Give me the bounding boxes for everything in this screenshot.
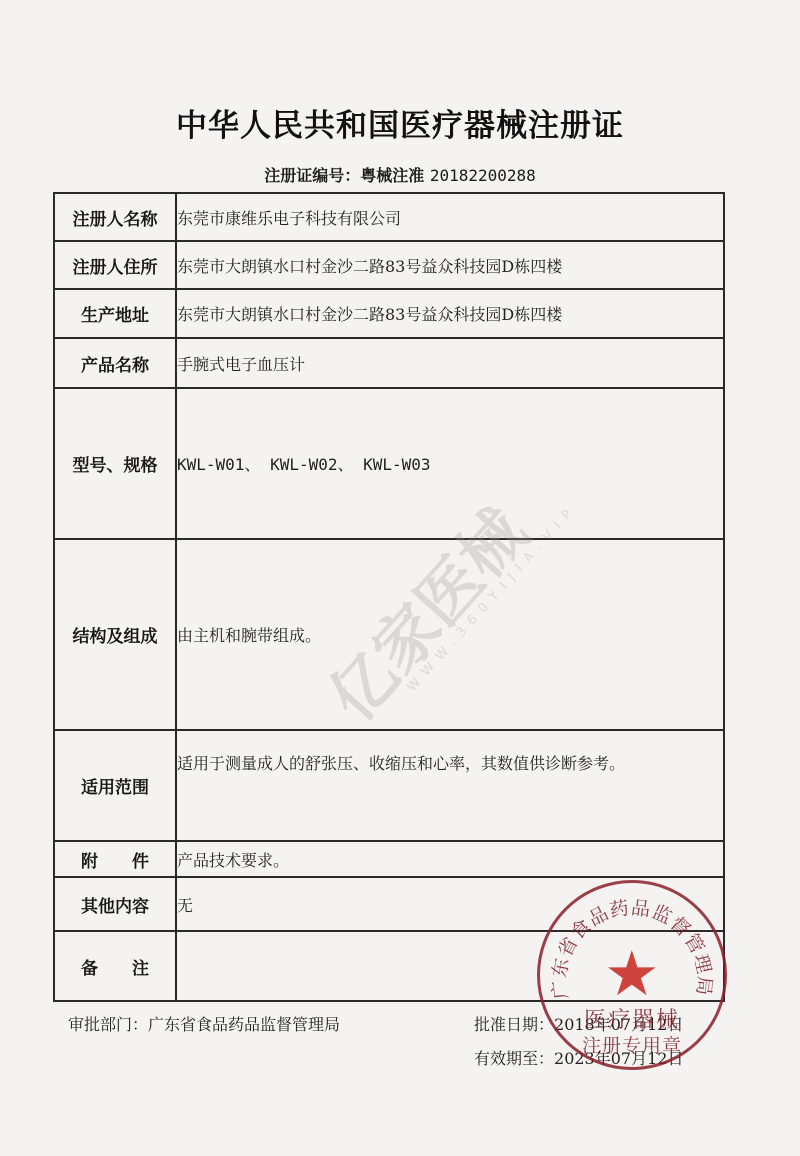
row-label: 型号、规格 [54, 388, 176, 539]
approval-dept-value: 广东省食品药品监督管理局 [148, 1015, 340, 1034]
registration-number-prefix: 粤械注准 [360, 166, 424, 185]
row-label: 备 注 [54, 931, 176, 1001]
row-value: 手腕式电子血压计 [176, 338, 724, 388]
row-label: 生产地址 [54, 289, 176, 338]
table-row-product-name: 产品名称 手腕式电子血压计 [54, 338, 724, 388]
row-label: 其他内容 [54, 877, 176, 931]
row-label: 结构及组成 [54, 539, 176, 730]
row-value: KWL-W01、 KWL-W02、 KWL-W03 [176, 388, 724, 539]
registration-number: 注册证编号：粤械注准 20182200288 [0, 163, 800, 186]
row-value: 适用于测量成人的舒张压、收缩压和心率，其数值供诊断参考。 [176, 730, 724, 841]
registration-number-label: 注册证编号： [264, 166, 360, 185]
row-value: 由主机和腕带组成。 [176, 539, 724, 730]
seal-line1: 医疗器械 [540, 1003, 724, 1034]
row-value: 产品技术要求。 [176, 841, 724, 877]
row-value: 东莞市康维乐电子科技有限公司 [176, 193, 724, 241]
approval-dept-label: 审批部门： [68, 1015, 148, 1034]
row-value: 东莞市大朗镇水口村金沙二路83号益众科技园D栋四楼 [176, 241, 724, 289]
certificate-title: 中华人民共和国医疗器械注册证 [0, 100, 800, 145]
table-row-model-spec: 型号、规格 KWL-W01、 KWL-W02、 KWL-W03 [54, 388, 724, 539]
row-label: 附 件 [54, 841, 176, 877]
row-label: 产品名称 [54, 338, 176, 388]
registration-number-value: 20182200288 [430, 166, 536, 185]
table-row-registrant-address: 注册人住所 东莞市大朗镇水口村金沙二路83号益众科技园D栋四楼 [54, 241, 724, 289]
row-label: 注册人名称 [54, 193, 176, 241]
official-seal: 广东省食品药品监督管理局 ★ 医疗器械 注册专用章 [537, 880, 727, 1070]
seal-line2: 注册专用章 [540, 1031, 724, 1058]
row-label: 适用范围 [54, 730, 176, 841]
table-row-attachments: 附 件 产品技术要求。 [54, 841, 724, 877]
star-icon: ★ [604, 943, 660, 1005]
row-value: 东莞市大朗镇水口村金沙二路83号益众科技园D栋四楼 [176, 289, 724, 338]
approval-department: 审批部门：广东省食品药品监督管理局 [68, 1012, 340, 1035]
table-row-scope: 适用范围 适用于测量成人的舒张压、收缩压和心率，其数值供诊断参考。 [54, 730, 724, 841]
table-row-registrant-name: 注册人名称 东莞市康维乐电子科技有限公司 [54, 193, 724, 241]
table-row-production-address: 生产地址 东莞市大朗镇水口村金沙二路83号益众科技园D栋四楼 [54, 289, 724, 338]
table-row-structure: 结构及组成 由主机和腕带组成。 [54, 539, 724, 730]
row-label: 注册人住所 [54, 241, 176, 289]
